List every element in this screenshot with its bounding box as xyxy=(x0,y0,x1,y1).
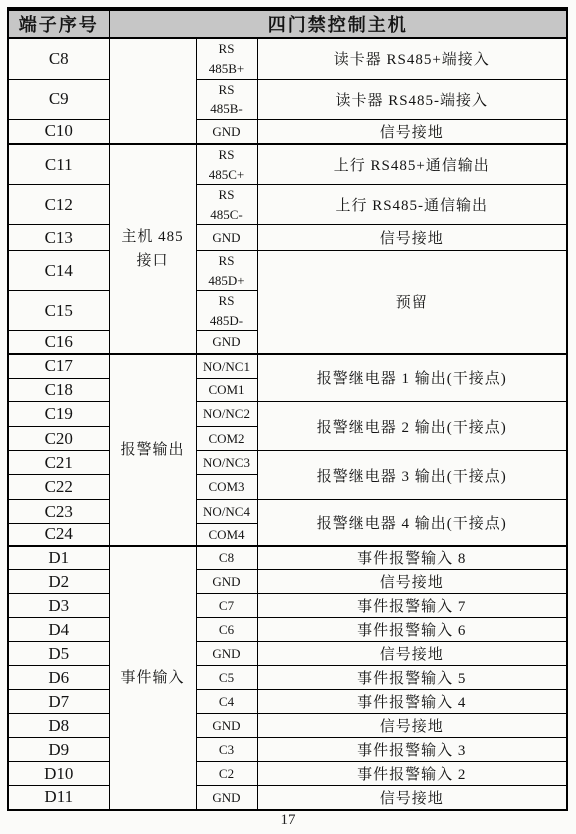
desc-cell: 事件报警输入 3 xyxy=(257,738,567,762)
terminal-wiring-table: 端子序号 四门禁控制主机 C8 RS 485B+ 读卡器 RS485+端接入 C… xyxy=(7,7,568,811)
table-row: C11 主机 485 接口 RS 485C+ 上行 RS485+通信输出 xyxy=(8,144,567,185)
desc-cell: 读卡器 RS485+端接入 xyxy=(257,38,567,79)
desc-cell: 事件报警输入 6 xyxy=(257,618,567,642)
terminal-cell: C17 xyxy=(8,354,109,379)
header-device-title: 四门禁控制主机 xyxy=(109,9,567,38)
table-row: C13 GND 信号接地 xyxy=(8,225,567,251)
desc-cell: 信号接地 xyxy=(257,786,567,810)
table-row: D11 GND 信号接地 xyxy=(8,786,567,810)
signal-cell: COM1 xyxy=(196,379,257,402)
table-row: D2 GND 信号接地 xyxy=(8,570,567,594)
terminal-cell: C11 xyxy=(8,144,109,185)
table-row: D3 C7 事件报警输入 7 xyxy=(8,594,567,618)
desc-cell-relay3: 报警继电器 3 输出(干接点) xyxy=(257,451,567,500)
desc-cell: 信号接地 xyxy=(257,642,567,666)
desc-cell: 信号接地 xyxy=(257,225,567,251)
signal-cell: GND xyxy=(196,225,257,251)
table-row: C9 RS 485B- 读卡器 RS485-端接入 xyxy=(8,79,567,119)
table-row: D4 C6 事件报警输入 6 xyxy=(8,618,567,642)
terminal-cell: C8 xyxy=(8,38,109,79)
signal-cell: C8 xyxy=(196,546,257,570)
terminal-cell: C19 xyxy=(8,402,109,427)
signal-cell: RS 485B+ xyxy=(196,38,257,79)
desc-cell: 事件报警输入 2 xyxy=(257,762,567,786)
terminal-cell: D6 xyxy=(8,666,109,690)
table-header-row: 端子序号 四门禁控制主机 xyxy=(8,9,567,38)
table-row: D5 GND 信号接地 xyxy=(8,642,567,666)
signal-cell: GND xyxy=(196,786,257,810)
signal-cell: RS 485B- xyxy=(196,79,257,119)
signal-cell: GND xyxy=(196,119,257,144)
terminal-cell: D7 xyxy=(8,690,109,714)
table-row: C12 RS 485C- 上行 RS485-通信输出 xyxy=(8,185,567,225)
page-number: 17 xyxy=(0,812,576,829)
terminal-cell: C15 xyxy=(8,291,109,331)
table-row: C14 RS 485D+ 预留 xyxy=(8,251,567,291)
terminal-cell: D1 xyxy=(8,546,109,570)
signal-cell: RS 485D- xyxy=(196,291,257,331)
desc-cell: 事件报警输入 4 xyxy=(257,690,567,714)
group-cell-host-485: 主机 485 接口 xyxy=(109,144,196,354)
desc-cell: 读卡器 RS485-端接入 xyxy=(257,79,567,119)
header-terminal-number: 端子序号 xyxy=(8,9,109,38)
terminal-cell: C21 xyxy=(8,451,109,475)
signal-cell: GND xyxy=(196,331,257,354)
desc-cell: 上行 RS485+通信输出 xyxy=(257,144,567,185)
document-page: 端子序号 四门禁控制主机 C8 RS 485B+ 读卡器 RS485+端接入 C… xyxy=(0,0,576,834)
terminal-cell: D4 xyxy=(8,618,109,642)
signal-cell: GND xyxy=(196,642,257,666)
table-row: D7 C4 事件报警输入 4 xyxy=(8,690,567,714)
desc-cell: 事件报警输入 5 xyxy=(257,666,567,690)
signal-cell: GND xyxy=(196,570,257,594)
signal-cell: RS 485C+ xyxy=(196,144,257,185)
signal-cell: RS 485C- xyxy=(196,185,257,225)
terminal-cell: C20 xyxy=(8,427,109,451)
signal-cell: NO/NC3 xyxy=(196,451,257,475)
terminal-cell: D8 xyxy=(8,714,109,738)
table-row: D9 C3 事件报警输入 3 xyxy=(8,738,567,762)
signal-cell: RS 485D+ xyxy=(196,251,257,291)
desc-cell: 信号接地 xyxy=(257,714,567,738)
terminal-cell: C24 xyxy=(8,524,109,546)
table-row: C21 NO/NC3 报警继电器 3 输出(干接点) xyxy=(8,451,567,475)
desc-cell-relay1: 报警继电器 1 输出(干接点) xyxy=(257,354,567,402)
table-row: D6 C5 事件报警输入 5 xyxy=(8,666,567,690)
terminal-cell: D3 xyxy=(8,594,109,618)
signal-cell: NO/NC4 xyxy=(196,500,257,524)
signal-cell: COM2 xyxy=(196,427,257,451)
table-row: C17 报警输出 NO/NC1 报警继电器 1 输出(干接点) xyxy=(8,354,567,379)
terminal-cell: C9 xyxy=(8,79,109,119)
signal-cell: COM3 xyxy=(196,475,257,500)
signal-cell: C7 xyxy=(196,594,257,618)
terminal-cell: D11 xyxy=(8,786,109,810)
desc-cell: 事件报警输入 7 xyxy=(257,594,567,618)
signal-cell: C4 xyxy=(196,690,257,714)
table-row: D1 事件输入 C8 事件报警输入 8 xyxy=(8,546,567,570)
signal-cell: NO/NC2 xyxy=(196,402,257,427)
terminal-cell: D9 xyxy=(8,738,109,762)
desc-cell-relay2: 报警继电器 2 输出(干接点) xyxy=(257,402,567,451)
terminal-cell: D10 xyxy=(8,762,109,786)
terminal-cell: C22 xyxy=(8,475,109,500)
terminal-cell: C18 xyxy=(8,379,109,402)
terminal-cell: C16 xyxy=(8,331,109,354)
terminal-cell: C23 xyxy=(8,500,109,524)
desc-cell-reserved: 预留 xyxy=(257,251,567,354)
table-row: C10 GND 信号接地 xyxy=(8,119,567,144)
terminal-cell: D2 xyxy=(8,570,109,594)
desc-cell-relay4: 报警继电器 4 输出(干接点) xyxy=(257,500,567,546)
group-cell-event-input: 事件输入 xyxy=(109,546,196,810)
terminal-cell: C10 xyxy=(8,119,109,144)
signal-cell: GND xyxy=(196,714,257,738)
signal-cell: NO/NC1 xyxy=(196,354,257,379)
table-row: C8 RS 485B+ 读卡器 RS485+端接入 xyxy=(8,38,567,79)
desc-cell: 事件报警输入 8 xyxy=(257,546,567,570)
desc-cell: 信号接地 xyxy=(257,570,567,594)
table-row: C23 NO/NC4 报警继电器 4 输出(干接点) xyxy=(8,500,567,524)
terminal-cell: D5 xyxy=(8,642,109,666)
group-cell-alarm-output: 报警输出 xyxy=(109,354,196,546)
table-row: D10 C2 事件报警输入 2 xyxy=(8,762,567,786)
signal-cell: C3 xyxy=(196,738,257,762)
signal-cell: C2 xyxy=(196,762,257,786)
table-row: D8 GND 信号接地 xyxy=(8,714,567,738)
terminal-cell: C14 xyxy=(8,251,109,291)
signal-cell: COM4 xyxy=(196,524,257,546)
desc-cell: 信号接地 xyxy=(257,119,567,144)
table-row: C19 NO/NC2 报警继电器 2 输出(干接点) xyxy=(8,402,567,427)
desc-cell: 上行 RS485-通信输出 xyxy=(257,185,567,225)
signal-cell: C5 xyxy=(196,666,257,690)
group-cell-reader xyxy=(109,38,196,144)
terminal-cell: C13 xyxy=(8,225,109,251)
terminal-cell: C12 xyxy=(8,185,109,225)
signal-cell: C6 xyxy=(196,618,257,642)
